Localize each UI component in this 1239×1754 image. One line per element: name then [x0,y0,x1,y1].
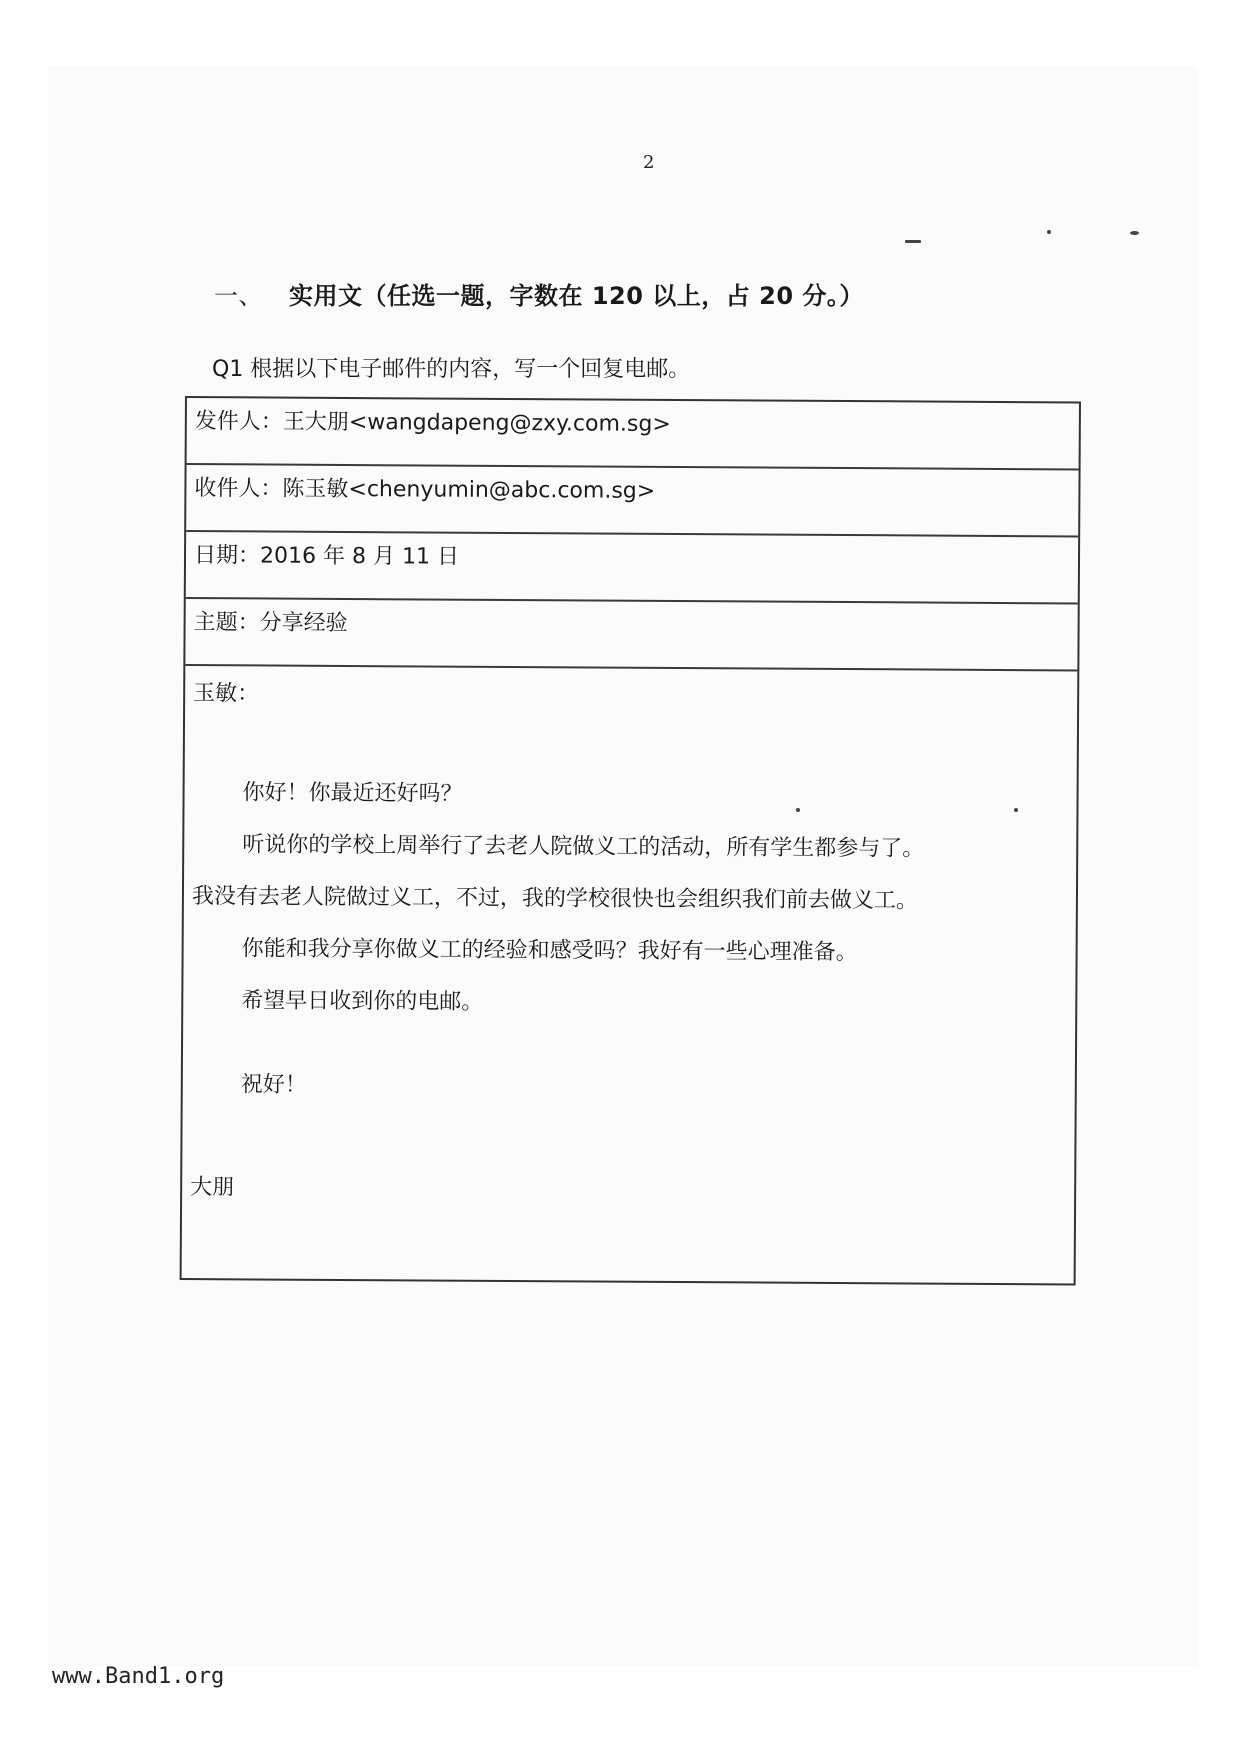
subject-value: 分享经验 [260,610,348,636]
email-closing: 祝好！ [191,1067,1075,1103]
scan-speck [1014,808,1018,812]
section-title: 一、实用文（任选一题，字数在 120 以上，占 20 分。） [214,276,864,311]
body-line-2: 听说你的学校上周举行了去老人院做义工的活动，所有学生都参与了。 [192,819,1076,876]
email-to-row: 收件人：陈玉敏<chenyumin@abc.com.sg> [186,465,1078,537]
subject-label: 主题： [194,610,260,635]
to-label: 收件人： [194,476,282,502]
scan-speck [1130,231,1139,235]
email-from-row: 发件人：王大朋<wangdapeng@zxy.com.sg> [187,398,1079,470]
body-line-5: 希望早日收到你的电邮。 [191,975,1075,1032]
section-title-text: 实用文（任选一题，字数在 120 以上，占 20 分。） [289,282,864,310]
body-line-4: 你能和我分享你做义工的经验和感受吗？我好有一些心理准备。 [191,923,1075,980]
email-signature: 大朋 [190,1170,1074,1206]
email-salutation: 玉敏： [193,676,1077,712]
from-value: 王大朋<wangdapeng@zxy.com.sg> [283,410,671,437]
page-number: 2 [643,152,654,173]
scan-speck [1047,230,1051,234]
email-subject-row: 主题：分享经验 [185,599,1077,671]
date-label: 日期： [194,543,260,568]
email-date-row: 日期：2016 年 8 月 11 日 [186,532,1078,604]
scan-speck [905,240,921,243]
body-line-1: 你好！你最近还好吗？ [192,767,1076,824]
email-body: 玉敏： 你好！你最近还好吗？ 听说你的学校上周举行了去老人院做义工的活动，所有学… [182,666,1077,1206]
body-line-3: 我没有去老人院做过义工，不过，我的学校很快也会组织我们前去做义工。 [192,871,1076,928]
to-value: 陈玉敏<chenyumin@abc.com.sg> [282,477,655,504]
watermark: www.Band1.org [52,1664,224,1689]
section-number: 一、 [214,282,263,310]
date-value: 2016 年 8 月 11 日 [260,543,459,569]
scan-speck [796,808,800,812]
from-label: 发件人： [195,409,283,435]
email-box: 发件人：王大朋<wangdapeng@zxy.com.sg> 收件人：陈玉敏<c… [180,396,1081,1285]
question-prompt: Q1 根据以下电子邮件的内容，写一个回复电邮。 [212,352,690,383]
